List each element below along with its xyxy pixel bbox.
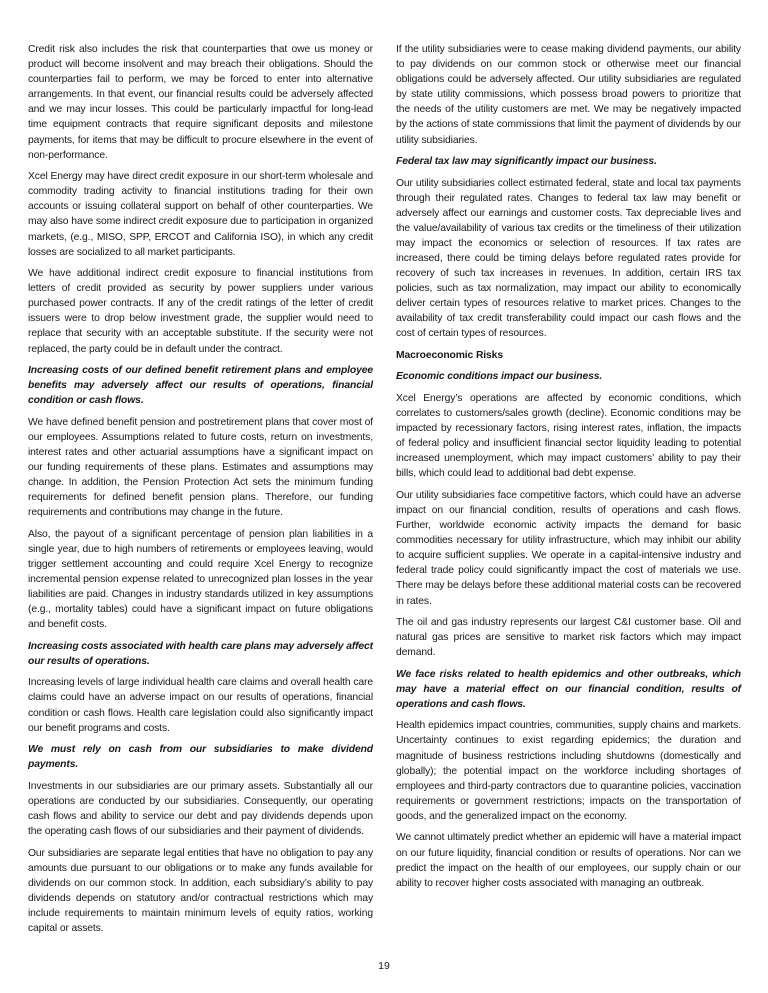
- paragraph-health-care-claims: Increasing levels of large individual he…: [28, 675, 373, 735]
- heading-health-care-plans: Increasing costs associated with health …: [28, 639, 373, 669]
- paragraph-epidemic-impacts: Health epidemics impact countries, commu…: [396, 718, 741, 824]
- right-column: If the utility subsidiaries were to ceas…: [396, 42, 741, 897]
- paragraph-utility-dividends: If the utility subsidiaries were to ceas…: [396, 42, 741, 148]
- heading-retirement-plans: Increasing costs of our defined benefit …: [28, 363, 373, 408]
- heading-economic-conditions: Economic conditions impact our business.: [396, 369, 741, 384]
- paragraph-tax-payments: Our utility subsidiaries collect estimat…: [396, 176, 741, 342]
- heading-subsidiary-dividends: We must rely on cash from our subsidiari…: [28, 742, 373, 772]
- paragraph-direct-credit-exposure: Xcel Energy may have direct credit expos…: [28, 169, 373, 260]
- paragraph-pension-payout: Also, the payout of a significant percen…: [28, 527, 373, 633]
- paragraph-economic-conditions: Xcel Energy’s operations are affected by…: [396, 391, 741, 482]
- paragraph-indirect-credit-exposure: We have additional indirect credit expos…: [28, 266, 373, 357]
- paragraph-subsidiary-legal-entities: Our subsidiaries are separate legal enti…: [28, 846, 373, 937]
- paragraph-competitive-factors: Our utility subsidiaries face competitiv…: [396, 488, 741, 609]
- paragraph-oil-gas-industry: The oil and gas industry represents our …: [396, 615, 741, 660]
- page-number: 19: [0, 960, 768, 972]
- heading-federal-tax-law: Federal tax law may significantly impact…: [396, 154, 741, 169]
- heading-health-epidemics: We face risks related to health epidemic…: [396, 667, 741, 712]
- paragraph-pension-plans: We have defined benefit pension and post…: [28, 415, 373, 521]
- paragraph-subsidiary-investments: Investments in our subsidiaries are our …: [28, 779, 373, 839]
- paragraph-epidemic-uncertainty: We cannot ultimately predict whether an …: [396, 830, 741, 890]
- left-column: Credit risk also includes the risk that …: [28, 42, 373, 942]
- paragraph-credit-risk: Credit risk also includes the risk that …: [28, 42, 373, 163]
- document-page: Credit risk also includes the risk that …: [0, 0, 768, 993]
- section-heading-macroeconomic-risks: Macroeconomic Risks: [396, 348, 741, 363]
